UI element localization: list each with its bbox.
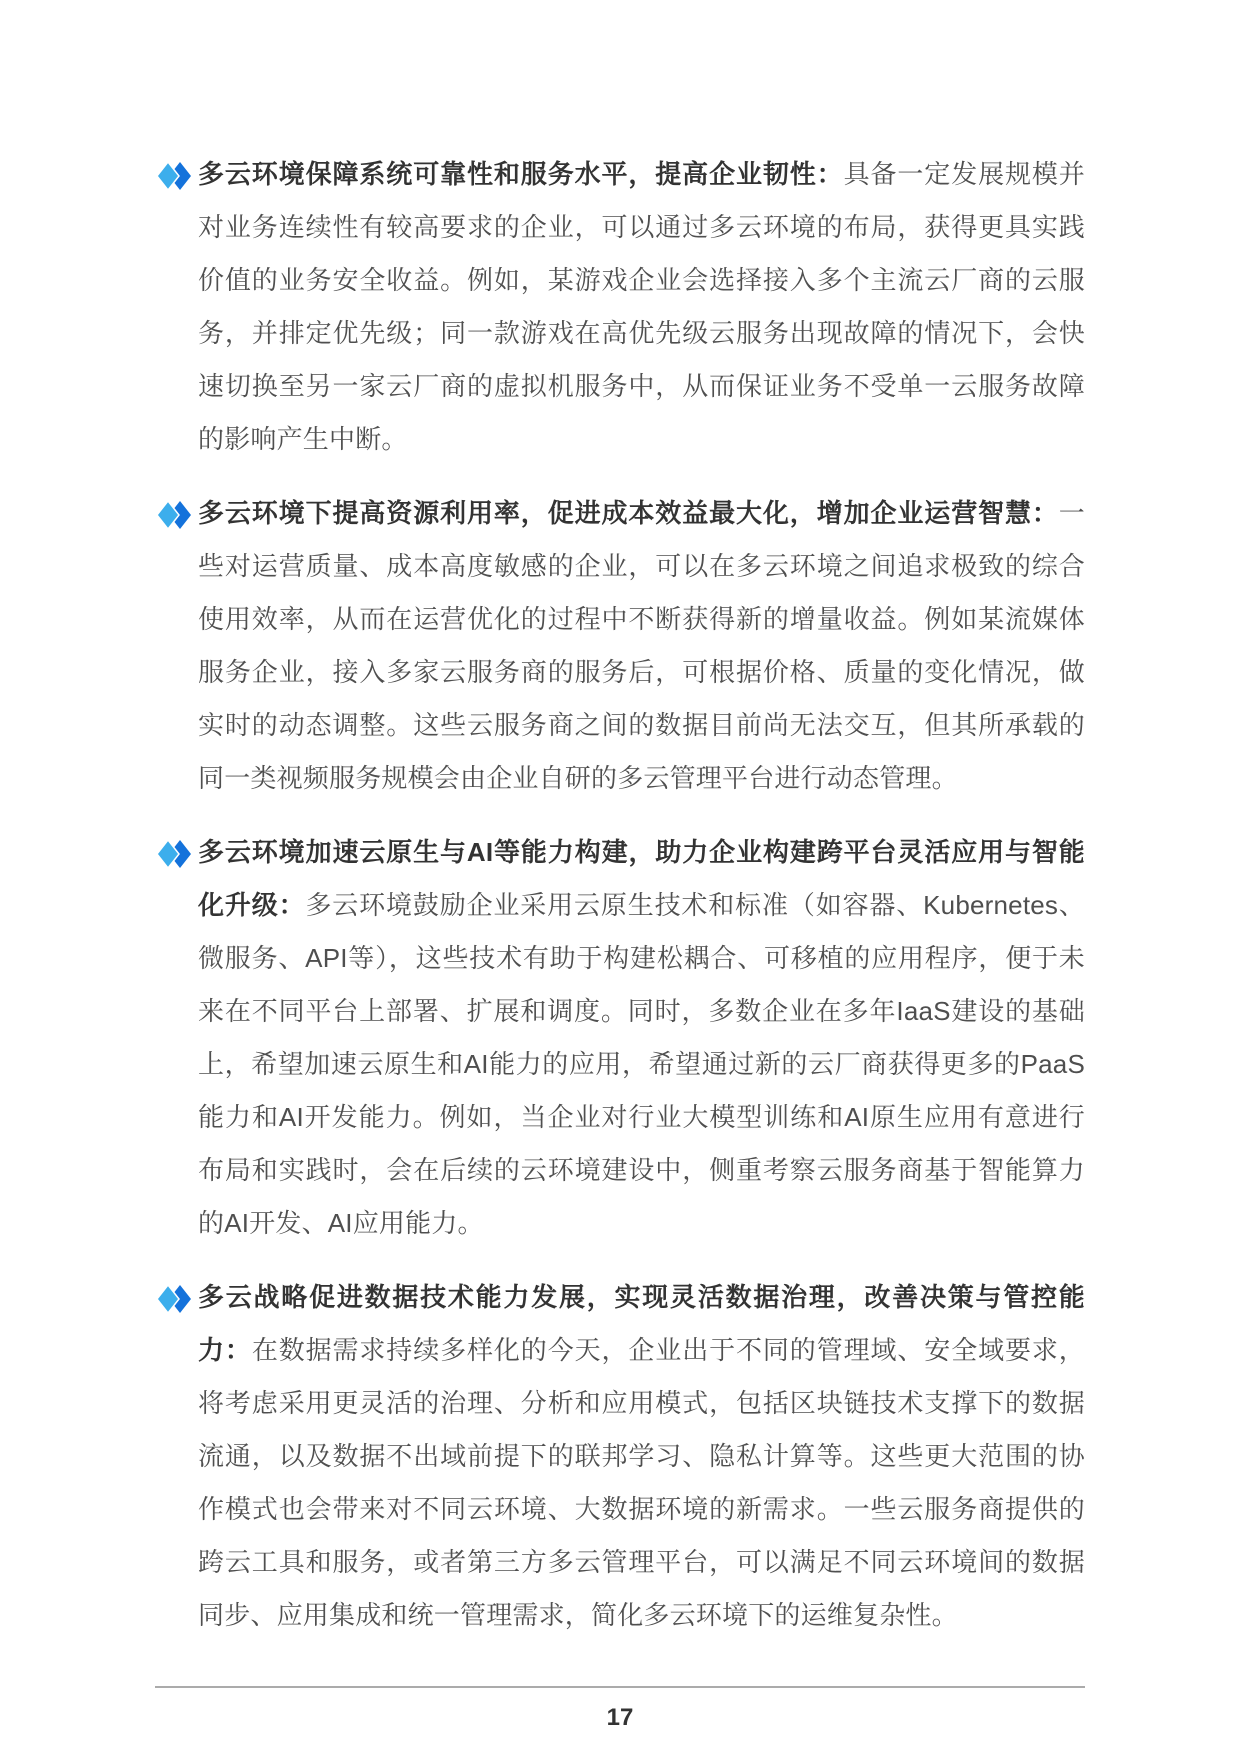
bullet-body: 一些对运营质量、成本高度敏感的企业，可以在多云环境之间追求极致的综合使用效率，从… (198, 498, 1085, 793)
bullet-item-3: 多云环境加速云原生与AI等能力构建，助力企业构建跨平台灵活应用与智能化升级：多云… (155, 826, 1085, 1250)
bullet-body: 具备一定发展规模并对业务连续性有较高要求的企业，可以通过多云环境的布局，获得更具… (198, 159, 1085, 454)
bullet-heading: 多云环境下提高资源利用率，促进成本效益最大化，增加企业运营智慧： (198, 498, 1059, 528)
double-diamond-bullet-icon (155, 499, 193, 531)
page-footer: 17 (155, 1686, 1085, 1732)
bullet-body: 在数据需求持续多样化的今天，企业出于不同的管理域、安全域要求，将考虑采用更灵活的… (198, 1335, 1085, 1630)
bullet-paragraph: 多云战略促进数据技术能力发展，实现灵活数据治理，改善决策与管控能力：在数据需求持… (198, 1271, 1085, 1642)
double-diamond-bullet-icon (155, 160, 193, 192)
bullet-item-1: 多云环境保障系统可靠性和服务水平，提高企业韧性：具备一定发展规模并对业务连续性有… (155, 148, 1085, 466)
double-diamond-bullet-icon (155, 1283, 193, 1315)
bullet-item-2: 多云环境下提高资源利用率，促进成本效益最大化，增加企业运营智慧：一些对运营质量、… (155, 487, 1085, 805)
bullet-paragraph: 多云环境加速云原生与AI等能力构建，助力企业构建跨平台灵活应用与智能化升级：多云… (198, 826, 1085, 1250)
double-diamond-bullet-icon (155, 838, 193, 870)
bullet-paragraph: 多云环境下提高资源利用率，促进成本效益最大化，增加企业运营智慧：一些对运营质量、… (198, 487, 1085, 805)
bullet-paragraph: 多云环境保障系统可靠性和服务水平，提高企业韧性：具备一定发展规模并对业务连续性有… (198, 148, 1085, 466)
bullet-body: 多云环境鼓励企业采用云原生技术和标准（如容器、Kubernetes、微服务、AP… (198, 890, 1085, 1238)
document-page: 多云环境保障系统可靠性和服务水平，提高企业韧性：具备一定发展规模并对业务连续性有… (0, 0, 1240, 1754)
page-number: 17 (607, 1704, 634, 1731)
bullet-heading: 多云环境保障系统可靠性和服务水平，提高企业韧性： (198, 159, 844, 189)
bullet-item-4: 多云战略促进数据技术能力发展，实现灵活数据治理，改善决策与管控能力：在数据需求持… (155, 1271, 1085, 1642)
bullet-list: 多云环境保障系统可靠性和服务水平，提高企业韧性：具备一定发展规模并对业务连续性有… (155, 148, 1085, 1642)
